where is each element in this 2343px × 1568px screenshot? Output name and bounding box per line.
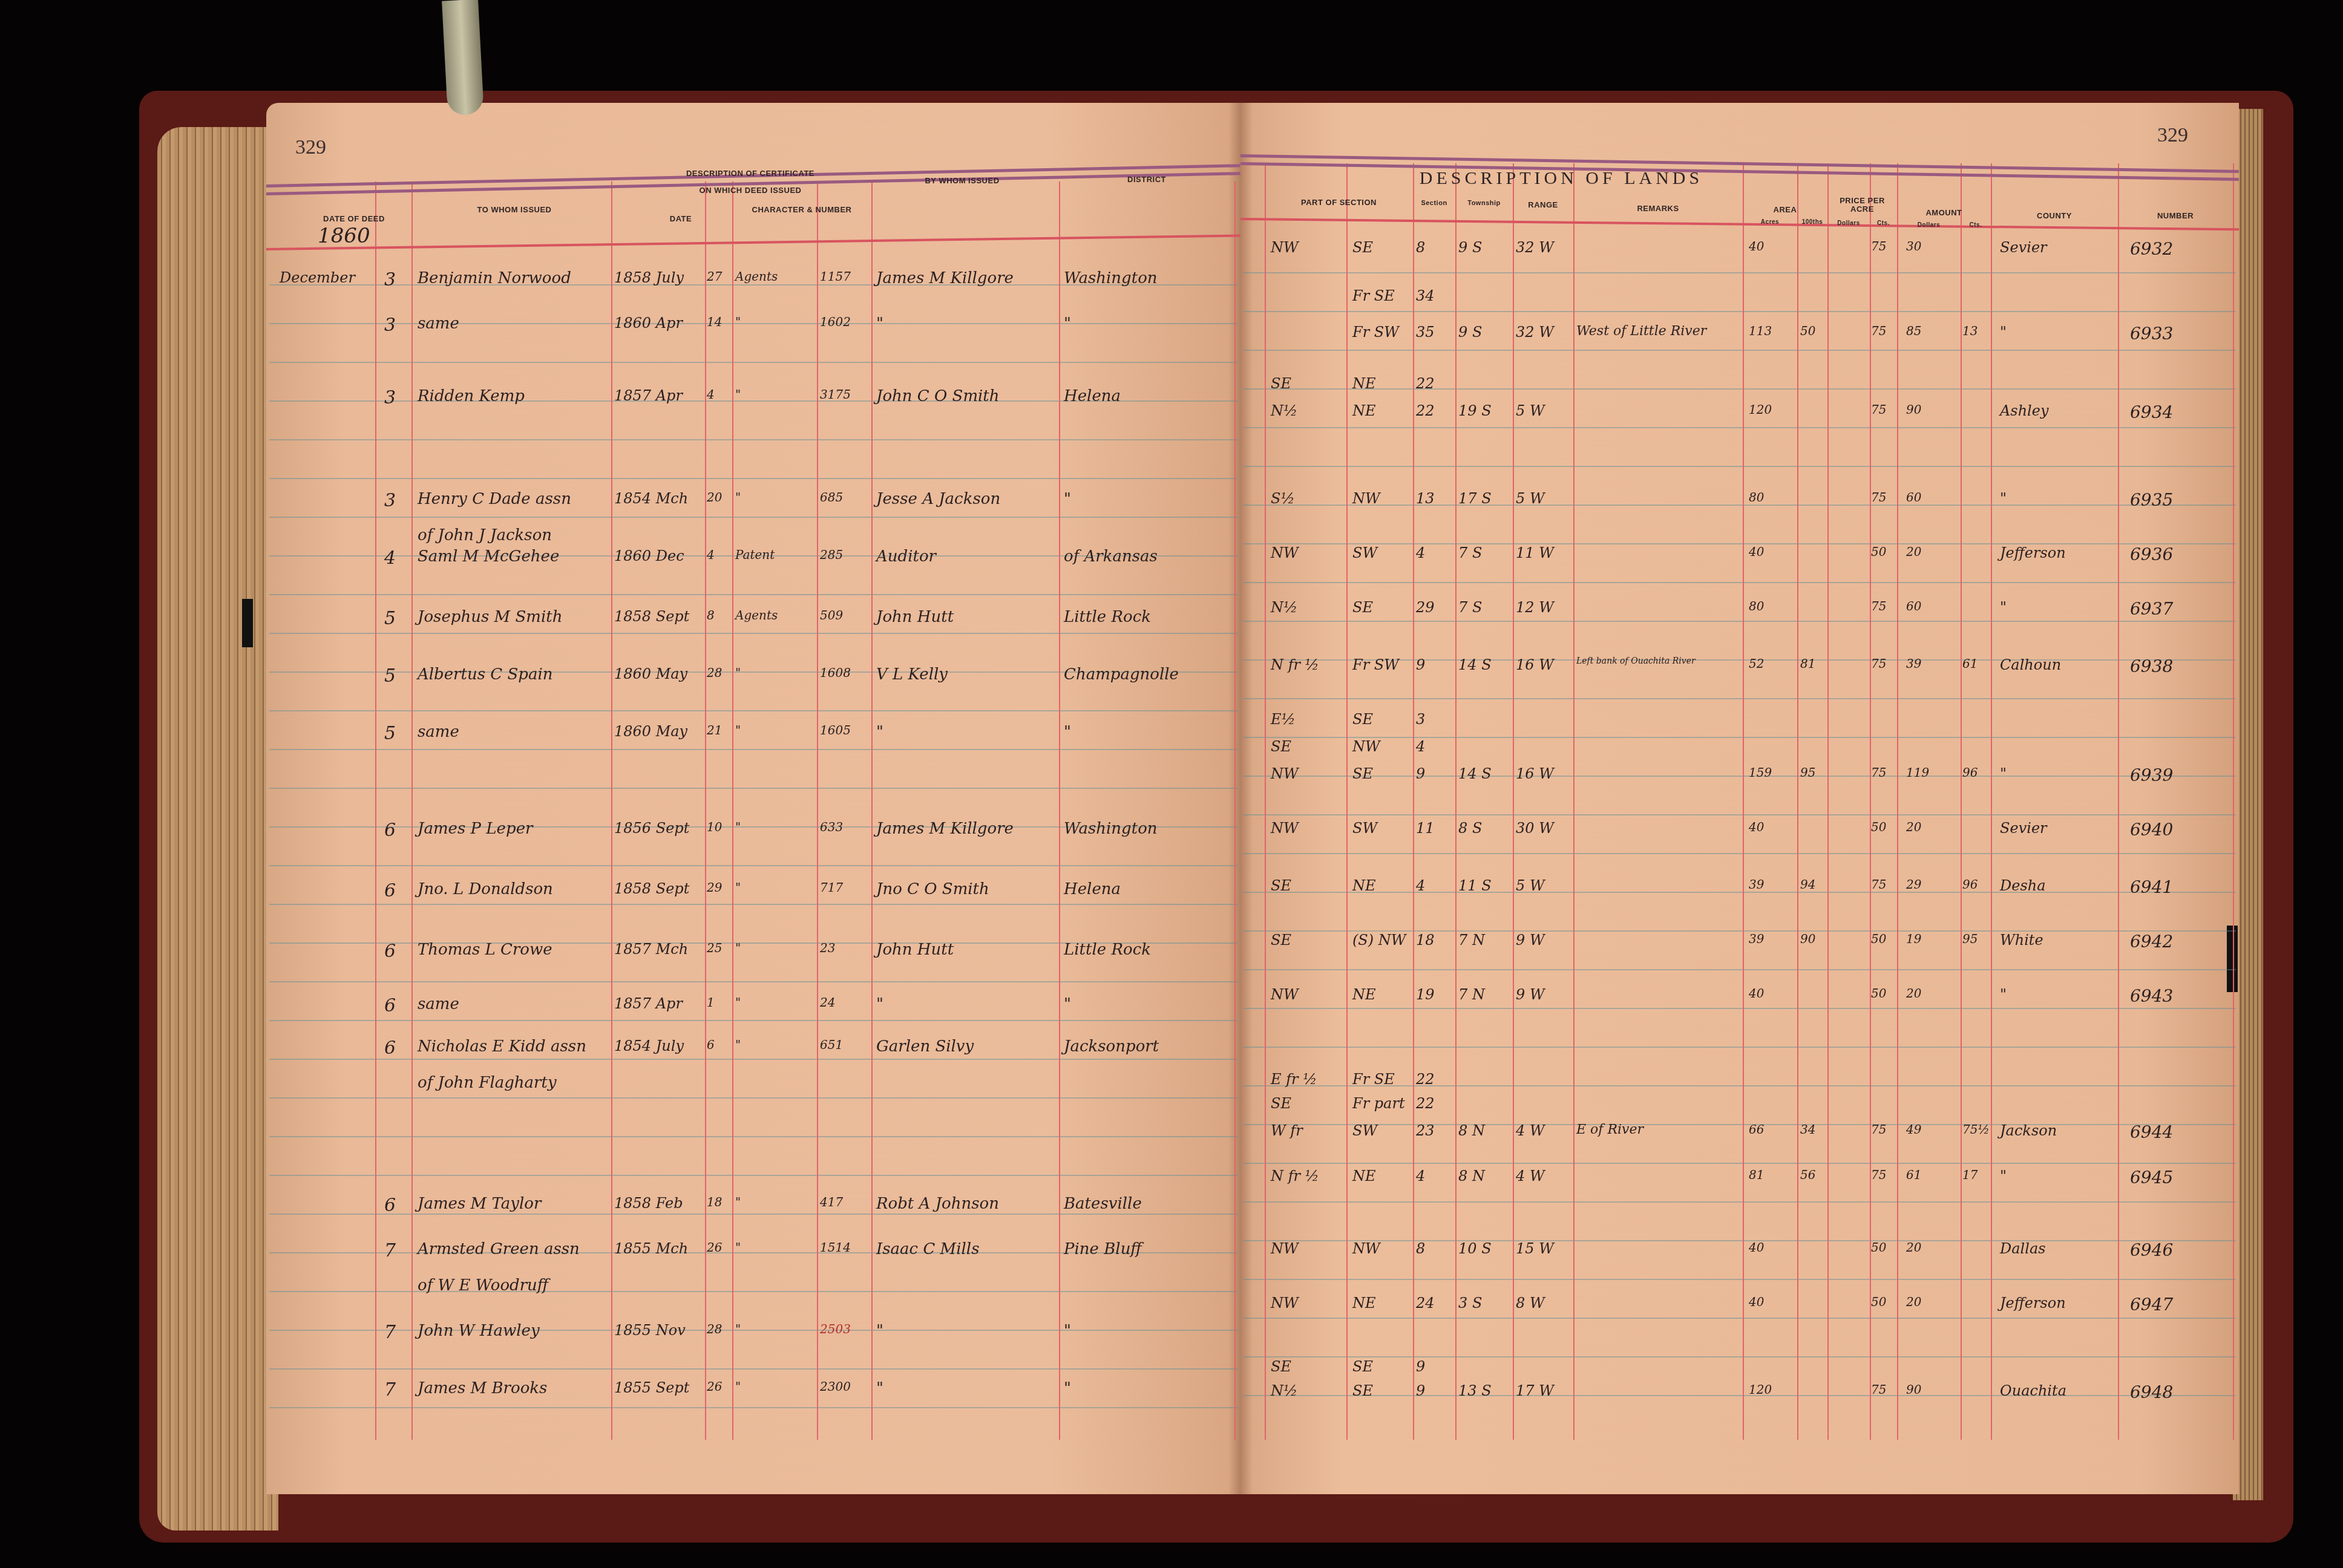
land-twp: 14 S: [1458, 656, 1492, 673]
entry-cert-day: 25: [707, 941, 722, 955]
land-acres: 120: [1749, 1382, 1772, 1397]
entry-cert-day: 8: [707, 608, 715, 622]
land-price-c: 75: [1871, 765, 1886, 780]
land-rng: 5 W: [1516, 402, 1545, 419]
ruled-line: [269, 1097, 1237, 1099]
entry-cert-year-month: 1857 Apr: [614, 387, 683, 404]
entry-cert-day: 28: [707, 665, 722, 680]
ruled-line: [269, 1291, 1237, 1292]
land-p1: NW: [1271, 986, 1299, 1003]
entry-cert-day: 4: [707, 547, 715, 562]
header-price-dollars: Dollars: [1827, 220, 1870, 227]
land-sec: 23: [1416, 1122, 1435, 1139]
header-amount-cts: Cts.: [1961, 222, 1991, 229]
land-p1: W fr: [1271, 1122, 1303, 1139]
ruled-line: [269, 1214, 1237, 1215]
land-county: Jefferson: [2000, 544, 2066, 561]
land-acres: 40: [1749, 820, 1764, 834]
land-price-c: 50: [1871, 820, 1886, 834]
land-number: 6946: [2130, 1240, 2173, 1260]
entry-character: ": [735, 820, 741, 834]
header-to-whom-issued: TO WHOM ISSUED: [424, 206, 605, 214]
land-p2: (S) NW: [1352, 932, 1406, 949]
land-rng: 4 W: [1516, 1122, 1545, 1139]
land-amt-c: 13: [1962, 324, 1978, 338]
land-p1: SE: [1271, 738, 1291, 755]
column-rule: [1455, 163, 1457, 1440]
land-p2: Fr SW: [1352, 656, 1399, 673]
ruled-line: [269, 439, 1237, 440]
land-number: 6945: [2130, 1168, 2173, 1187]
land-p1: NW: [1271, 239, 1299, 256]
land-p1: SE: [1271, 375, 1291, 392]
ruled-line: [1244, 388, 2236, 390]
entry-by-whom: James M Killgore: [876, 820, 1014, 838]
header-section: Section: [1413, 200, 1455, 207]
entry-cert-year-month: 1855 Sept: [614, 1379, 689, 1396]
entry-name: Saml M McGehee: [418, 547, 559, 566]
land-number: 6936: [2130, 544, 2173, 564]
land-number: 6939: [2130, 765, 2173, 785]
land-county: Jefferson: [2000, 1295, 2066, 1312]
entry-name-continued: of John J Jackson: [418, 526, 552, 544]
entry-name: Nicholas E Kidd assn: [418, 1037, 586, 1056]
land-county: Ouachita: [2000, 1382, 2066, 1399]
entry-by-whom: Jno C O Smith: [876, 880, 989, 898]
land-number: 6941: [2130, 877, 2173, 897]
land-rng: 32 W: [1516, 324, 1554, 341]
land-sec: 9: [1416, 1382, 1425, 1399]
land-p1: NW: [1271, 544, 1299, 561]
land-sec: 8: [1416, 239, 1425, 256]
land-county: Calhoun: [2000, 656, 2061, 673]
header-hundredths: 100ths: [1797, 219, 1827, 226]
land-p2: SE: [1352, 1382, 1373, 1399]
entry-day: 6: [384, 820, 396, 841]
land-amt-d: 20: [1906, 986, 1921, 1001]
ruled-line: [1244, 1240, 2236, 1241]
land-acres: 159: [1749, 765, 1772, 780]
entry-name: Benjamin Norwood: [418, 269, 571, 287]
land-acres: 80: [1749, 599, 1764, 613]
column-rule: [732, 181, 733, 1440]
ruled-line: [269, 1368, 1237, 1370]
entry-cert-year-month: 1855 Nov: [614, 1322, 686, 1339]
entry-cert-number: 633: [820, 820, 843, 834]
entry-cert-day: 14: [707, 315, 722, 329]
ruled-line: [269, 981, 1237, 982]
land-p1: NW: [1271, 1240, 1299, 1257]
land-p2: Fr SE: [1352, 287, 1395, 304]
land-price-c: 75: [1871, 1168, 1886, 1182]
entry-by-whom: Isaac C Mills: [876, 1240, 980, 1258]
ruled-line: [1244, 621, 2236, 622]
ruled-line: [1244, 1047, 2236, 1048]
land-p2: SE: [1352, 1358, 1373, 1375]
entry-cert-number: 2503: [820, 1322, 851, 1336]
land-rng: 8 W: [1516, 1295, 1545, 1312]
land-amt-c: 17: [1962, 1168, 1978, 1182]
land-county: Ashley: [2000, 402, 2049, 419]
entry-by-whom: ": [876, 723, 883, 741]
land-rng: 5 W: [1516, 877, 1545, 894]
land-twp: 19 S: [1458, 402, 1492, 419]
entry-cert-year-month: 1858 Sept: [614, 608, 689, 625]
column-rule: [1827, 163, 1829, 1440]
entry-cert-number: 717: [820, 880, 843, 895]
entry-cert-day: 29: [707, 880, 722, 895]
ruled-line: [269, 749, 1237, 750]
entry-district: Helena: [1064, 880, 1121, 898]
land-acres: 113: [1749, 324, 1772, 338]
entry-cert-day: 6: [707, 1037, 715, 1052]
entry-name: Jno. L Donaldson: [418, 880, 553, 898]
column-rule: [2233, 163, 2234, 1440]
entry-day: 4: [384, 547, 396, 569]
entry-cert-number: 3175: [820, 387, 851, 402]
land-sec: 8: [1416, 1240, 1425, 1257]
land-price-c: 50: [1871, 1240, 1886, 1255]
ruled-line: [269, 788, 1237, 789]
land-rng: 9 W: [1516, 986, 1545, 1003]
ruled-line: [1244, 698, 2236, 699]
land-rng: 9 W: [1516, 932, 1545, 949]
land-twp: 7 N: [1458, 986, 1485, 1003]
entry-by-whom: Garlen Silvy: [876, 1037, 974, 1056]
entry-name: Albertus C Spain: [418, 665, 553, 684]
land-sec: 4: [1416, 877, 1425, 894]
entry-character: ": [735, 723, 741, 737]
ruled-line: [1244, 311, 2236, 312]
column-rule: [1897, 163, 1898, 1440]
land-hund: 94: [1800, 877, 1815, 892]
land-p1: SE: [1271, 1358, 1291, 1375]
entry-cert-number: 1608: [820, 665, 851, 680]
ruled-line: [1244, 814, 2236, 815]
entry-district: Champagnolle: [1064, 665, 1179, 684]
entry-character: Agents: [735, 608, 778, 622]
land-amt-d: 49: [1906, 1122, 1921, 1137]
land-twp: 7 S: [1458, 599, 1482, 616]
column-rule: [705, 181, 706, 1440]
entry-day: 7: [384, 1240, 396, 1261]
entry-by-whom: Jesse A Jackson: [876, 490, 1000, 508]
entry-by-whom: John C O Smith: [876, 387, 1000, 405]
entry-character: ": [735, 665, 741, 680]
land-county: Sevier: [2000, 239, 2047, 256]
land-p2: NW: [1352, 738, 1380, 755]
land-acres: 39: [1749, 877, 1764, 892]
entry-character: Patent: [735, 547, 775, 562]
entry-day: 5: [384, 723, 396, 744]
land-county: ": [2000, 324, 2007, 341]
entry-cert-day: 4: [707, 387, 715, 402]
land-number: 6948: [2130, 1382, 2173, 1402]
land-price-c: 75: [1871, 877, 1886, 892]
ruled-line: [1244, 1318, 2236, 1319]
land-amt-d: 60: [1906, 599, 1921, 613]
entry-day: 5: [384, 665, 396, 687]
entry-name: James M Taylor: [418, 1195, 541, 1213]
land-number: 6934: [2130, 402, 2173, 422]
entry-character: ": [735, 387, 741, 402]
land-sec: 3: [1416, 711, 1425, 728]
land-price-c: 75: [1871, 239, 1886, 253]
ruled-line: [269, 323, 1237, 324]
column-rule: [1413, 163, 1414, 1440]
ruled-line: [269, 1407, 1237, 1408]
ruled-line: [269, 1330, 1237, 1331]
land-twp: 17 S: [1458, 490, 1492, 507]
land-county: ": [2000, 599, 2007, 616]
entry-district: ": [1064, 995, 1071, 1013]
land-price-c: 50: [1871, 544, 1886, 559]
entry-day: 6: [384, 880, 396, 901]
column-rule: [411, 181, 413, 1440]
entry-cert-year-month: 1855 Mch: [614, 1240, 688, 1257]
entry-day: 6: [384, 1195, 396, 1216]
ledger-month: December: [280, 269, 355, 286]
ruled-line: [269, 362, 1237, 363]
header-price-cts: Cts.: [1870, 220, 1897, 227]
entry-cert-year-month: 1857 Mch: [614, 941, 688, 958]
header-date-of-deed: DATE OF DEED: [303, 215, 405, 223]
entry-cert-number: 2300: [820, 1379, 851, 1394]
header-amount: AMOUNT: [1897, 209, 1991, 217]
land-rng: 16 W: [1516, 656, 1554, 673]
land-acres: 66: [1749, 1122, 1764, 1137]
entry-character: ": [735, 1379, 741, 1394]
column-rule: [1573, 163, 1575, 1440]
entry-cert-year-month: 1857 Apr: [614, 995, 683, 1012]
land-twp: 9 S: [1458, 324, 1482, 341]
column-rule: [375, 181, 376, 1440]
entry-name: James M Brooks: [418, 1379, 547, 1397]
entry-district: ": [1064, 723, 1071, 741]
land-acres: 120: [1749, 402, 1772, 417]
entry-name-continued: of John Flagharty: [418, 1074, 557, 1092]
land-amt-d: 29: [1906, 877, 1921, 892]
entry-by-whom: ": [876, 995, 883, 1013]
entry-name: same: [418, 995, 459, 1013]
land-sec: 19: [1416, 986, 1435, 1003]
land-number: 6943: [2130, 986, 2173, 1006]
land-amt-d: 60: [1906, 490, 1921, 505]
land-p2: NW: [1352, 490, 1380, 507]
land-amt-d: 85: [1906, 324, 1921, 338]
land-county: ": [2000, 1168, 2007, 1184]
entry-by-whom: Robt A Johnson: [876, 1195, 999, 1213]
land-p2: SE: [1352, 711, 1373, 728]
land-rng: 12 W: [1516, 599, 1554, 616]
land-p2: Fr part: [1352, 1095, 1405, 1112]
entry-name: same: [418, 315, 459, 333]
ruled-line: [1244, 969, 2236, 970]
land-price-c: 75: [1871, 599, 1886, 613]
entry-cert-day: 21: [707, 723, 722, 737]
land-acres: 52: [1749, 656, 1764, 671]
entry-day: 3: [384, 387, 396, 408]
land-price-c: 75: [1871, 1122, 1886, 1137]
land-county: ": [2000, 986, 2007, 1003]
entry-district: ": [1064, 490, 1071, 508]
land-sec: 4: [1416, 1168, 1425, 1184]
ruled-line: [1244, 853, 2236, 854]
land-p2: NE: [1352, 402, 1376, 419]
entry-by-whom: ": [876, 1379, 883, 1397]
ruled-line: [1244, 1163, 2236, 1164]
land-acres: 40: [1749, 239, 1764, 253]
entry-name: same: [418, 723, 459, 741]
entry-day: 6: [384, 941, 396, 962]
header-county: COUNTY: [1991, 212, 2118, 220]
land-acres: 39: [1749, 932, 1764, 946]
entry-cert-year-month: 1854 July: [614, 1037, 684, 1054]
ruled-line: [269, 865, 1237, 866]
land-p1: NW: [1271, 820, 1299, 837]
entry-cert-day: 20: [707, 490, 722, 505]
right-page-number: 329: [2157, 124, 2188, 147]
entry-district: Pine Bluff: [1064, 1240, 1142, 1258]
land-sec: 4: [1416, 738, 1425, 755]
column-rule: [2118, 163, 2119, 1440]
ruled-line: [269, 478, 1237, 479]
column-rule: [1961, 163, 1962, 1440]
land-hund: 90: [1800, 932, 1815, 946]
ruled-line: [1244, 466, 2236, 467]
land-sec: 22: [1416, 375, 1435, 392]
header-number: NUMBER: [2118, 212, 2233, 220]
land-hund: 34: [1800, 1122, 1815, 1137]
land-p1: SE: [1271, 1095, 1291, 1112]
entry-day: 5: [384, 608, 396, 629]
land-p2: NE: [1352, 1295, 1376, 1312]
ruled-line: [269, 1136, 1237, 1137]
entry-district: of Arkansas: [1064, 547, 1158, 566]
header-range: RANGE: [1513, 201, 1573, 209]
ruled-line: [269, 904, 1237, 905]
land-sec: 9: [1416, 765, 1425, 782]
ruled-line: [1244, 1356, 2236, 1357]
land-p1: E fr ½: [1271, 1071, 1317, 1088]
entry-cert-number: 1514: [820, 1240, 851, 1255]
entry-name: Josephus M Smith: [418, 608, 562, 626]
land-county: White: [2000, 932, 2043, 949]
entry-day: 6: [384, 1037, 396, 1059]
ruled-line: [1244, 543, 2236, 544]
land-price-c: 50: [1871, 932, 1886, 946]
land-sec: 35: [1416, 324, 1435, 341]
land-hund: 95: [1800, 765, 1815, 780]
entry-character: ": [735, 315, 741, 329]
entry-name: Armsted Green assn: [418, 1240, 580, 1258]
header-description-of-lands: DESCRIPTION OF LANDS: [1410, 168, 1712, 188]
ruled-line: [269, 1059, 1237, 1060]
land-amt-c: 75½: [1962, 1122, 1990, 1137]
land-hund: 56: [1800, 1168, 1815, 1182]
land-amt-d: 119: [1906, 765, 1929, 780]
land-acres: 40: [1749, 1240, 1764, 1255]
entry-cert-day: 18: [707, 1195, 722, 1209]
land-amt-c: 96: [1962, 765, 1978, 780]
land-price-c: 75: [1871, 490, 1886, 505]
land-rng: 11 W: [1516, 544, 1554, 561]
entry-by-whom: James M Killgore: [876, 269, 1014, 287]
land-hund: 50: [1800, 324, 1815, 338]
entry-by-whom: ": [876, 315, 883, 333]
header-part-of-section: PART OF SECTION: [1265, 198, 1413, 207]
ruled-line: [269, 710, 1237, 711]
column-rule: [817, 181, 818, 1440]
land-twp: 13 S: [1458, 1382, 1492, 1399]
ruled-line: [1244, 1395, 2236, 1396]
entry-day: 3: [384, 315, 396, 336]
entry-district: Little Rock: [1064, 941, 1151, 959]
land-sec: 34: [1416, 287, 1435, 304]
land-twp: 8 S: [1458, 820, 1482, 837]
ruled-line: [1244, 892, 2236, 893]
land-p1: NW: [1271, 765, 1299, 782]
entry-day: 7: [384, 1379, 396, 1400]
column-rule: [1059, 181, 1060, 1440]
column-rule: [1346, 163, 1348, 1440]
land-p1: N½: [1271, 402, 1297, 419]
land-county: ": [2000, 490, 2007, 507]
land-p2: SE: [1352, 599, 1373, 616]
land-acres: 81: [1749, 1168, 1764, 1182]
ruled-line: [1244, 1124, 2236, 1125]
column-rule: [1991, 163, 1992, 1440]
land-rng: 17 W: [1516, 1382, 1554, 1399]
ruled-line: [269, 1020, 1237, 1021]
land-twp: 11 S: [1458, 877, 1492, 894]
land-p2: SW: [1352, 544, 1377, 561]
entry-district: ": [1064, 1322, 1071, 1340]
entry-cert-year-month: 1860 May: [614, 723, 687, 740]
entry-cert-day: 27: [707, 269, 722, 284]
land-p1: NW: [1271, 1295, 1299, 1312]
land-p1: E½: [1271, 711, 1296, 728]
land-number: 6932: [2130, 239, 2173, 259]
entry-cert-day: 1: [707, 995, 715, 1010]
land-p2: SW: [1352, 820, 1377, 837]
entry-cert-year-month: 1854 Mch: [614, 490, 688, 507]
land-amt-d: 20: [1906, 544, 1921, 559]
ruled-line: [269, 594, 1237, 595]
land-hund: 81: [1800, 656, 1815, 671]
land-number: 6937: [2130, 599, 2173, 619]
entry-cert-day: 26: [707, 1240, 722, 1255]
entry-cert-year-month: 1858 Sept: [614, 880, 689, 897]
land-number: 6940: [2130, 820, 2173, 840]
land-number: 6933: [2130, 324, 2173, 344]
land-remarks: E of River: [1576, 1122, 1643, 1137]
land-sec: 9: [1416, 656, 1425, 673]
land-sec: 13: [1416, 490, 1435, 507]
bookmark-blade: [442, 0, 484, 116]
land-p2: Fr SE: [1352, 1071, 1395, 1088]
entry-by-whom: V L Kelly: [876, 665, 948, 684]
land-amt-c: 61: [1962, 656, 1978, 671]
index-tab: [2227, 926, 2238, 992]
entry-name: James P Leper: [418, 820, 532, 838]
land-acres: 80: [1749, 490, 1764, 505]
land-price-c: 75: [1871, 1382, 1886, 1397]
land-twp: 14 S: [1458, 765, 1492, 782]
header-description-of-certificate: DESCRIPTION OF CERTIFICATE: [629, 169, 871, 178]
header-by-whom-issued: BY WHOM ISSUED: [871, 177, 1053, 185]
entry-cert-number: 651: [820, 1037, 843, 1052]
